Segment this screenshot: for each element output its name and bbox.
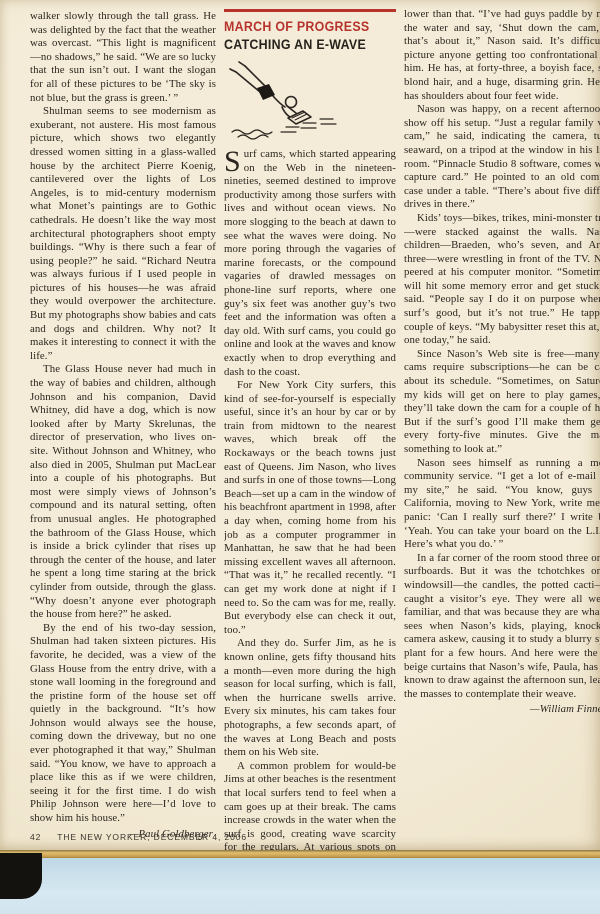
- paragraph: A common problem for would-be Jims at ot…: [224, 760, 396, 850]
- diver-torso: [273, 96, 285, 107]
- paragraph: And they do. Surfer Jim, as he is known …: [224, 637, 396, 759]
- section-kicker: MARCH OF PROGRESS: [224, 19, 369, 34]
- page-stack-edge: [0, 850, 600, 858]
- paragraph: Nason was happy, on a recent afternoon, …: [404, 103, 600, 212]
- article-title: CATCHING AN E-WAVE: [224, 37, 366, 52]
- magazine-page: walker slowly through the tall grass. He…: [0, 0, 600, 850]
- column-middle: MARCH OF PROGRESS CATCHING AN E-WAVE: [224, 6, 396, 850]
- paragraph: In a far corner of the room stood three …: [404, 552, 600, 702]
- paragraph: Nason sees himself as running a modest c…: [404, 457, 600, 552]
- diver-trunks: [257, 84, 275, 100]
- column-middle-paragraphs: Surf cams, which started appearing on th…: [224, 148, 396, 850]
- table-surface: [0, 858, 600, 914]
- paragraph: For New York City surfers, this kind of …: [224, 379, 396, 637]
- page-footer: 42 THE NEW YORKER, DECEMBER 4, 2006: [30, 832, 247, 842]
- diver-foot: [230, 69, 236, 72]
- column-right-paragraphs: lower than that. “I’ve had guys paddle b…: [404, 8, 600, 701]
- shadow-corner: [0, 853, 42, 899]
- paragraph: The Glass House never had much in the wa…: [30, 363, 216, 621]
- drop-cap: S: [224, 148, 244, 174]
- page-number: 42: [30, 832, 41, 842]
- paragraph: walker slowly through the tall grass. He…: [30, 10, 216, 105]
- diver-leg: [245, 66, 266, 87]
- column-left-paragraphs: walker slowly through the tall grass. He…: [30, 10, 216, 826]
- paragraph: Surf cams, which started appearing on th…: [224, 148, 396, 379]
- paragraph: Kids’ toys—bikes, trikes, mini-monster t…: [404, 212, 600, 348]
- byline-william-finnegan: —William Finnegan: [404, 703, 600, 717]
- diver-with-laptop-illustration: [226, 61, 354, 143]
- paragraph: By the end of his two-day session, Shulm…: [30, 622, 216, 826]
- column-right: lower than that. “I’ve had guys paddle b…: [404, 8, 600, 850]
- paragraph: Since Nason’s Web site is free—many surf…: [404, 348, 600, 457]
- diver-arm: [282, 107, 290, 117]
- column-left: walker slowly through the tall grass. He…: [30, 10, 216, 840]
- waves: [232, 119, 336, 139]
- section-rule: [224, 9, 396, 12]
- diver-foot: [239, 62, 245, 66]
- paragraph: Shulman seems to see modernism as exuber…: [30, 105, 216, 363]
- paragraph: lower than that. “I’ve had guys paddle b…: [404, 8, 600, 103]
- diver-leg: [236, 72, 260, 92]
- publication-line: THE NEW YORKER, DECEMBER 4, 2006: [57, 832, 247, 842]
